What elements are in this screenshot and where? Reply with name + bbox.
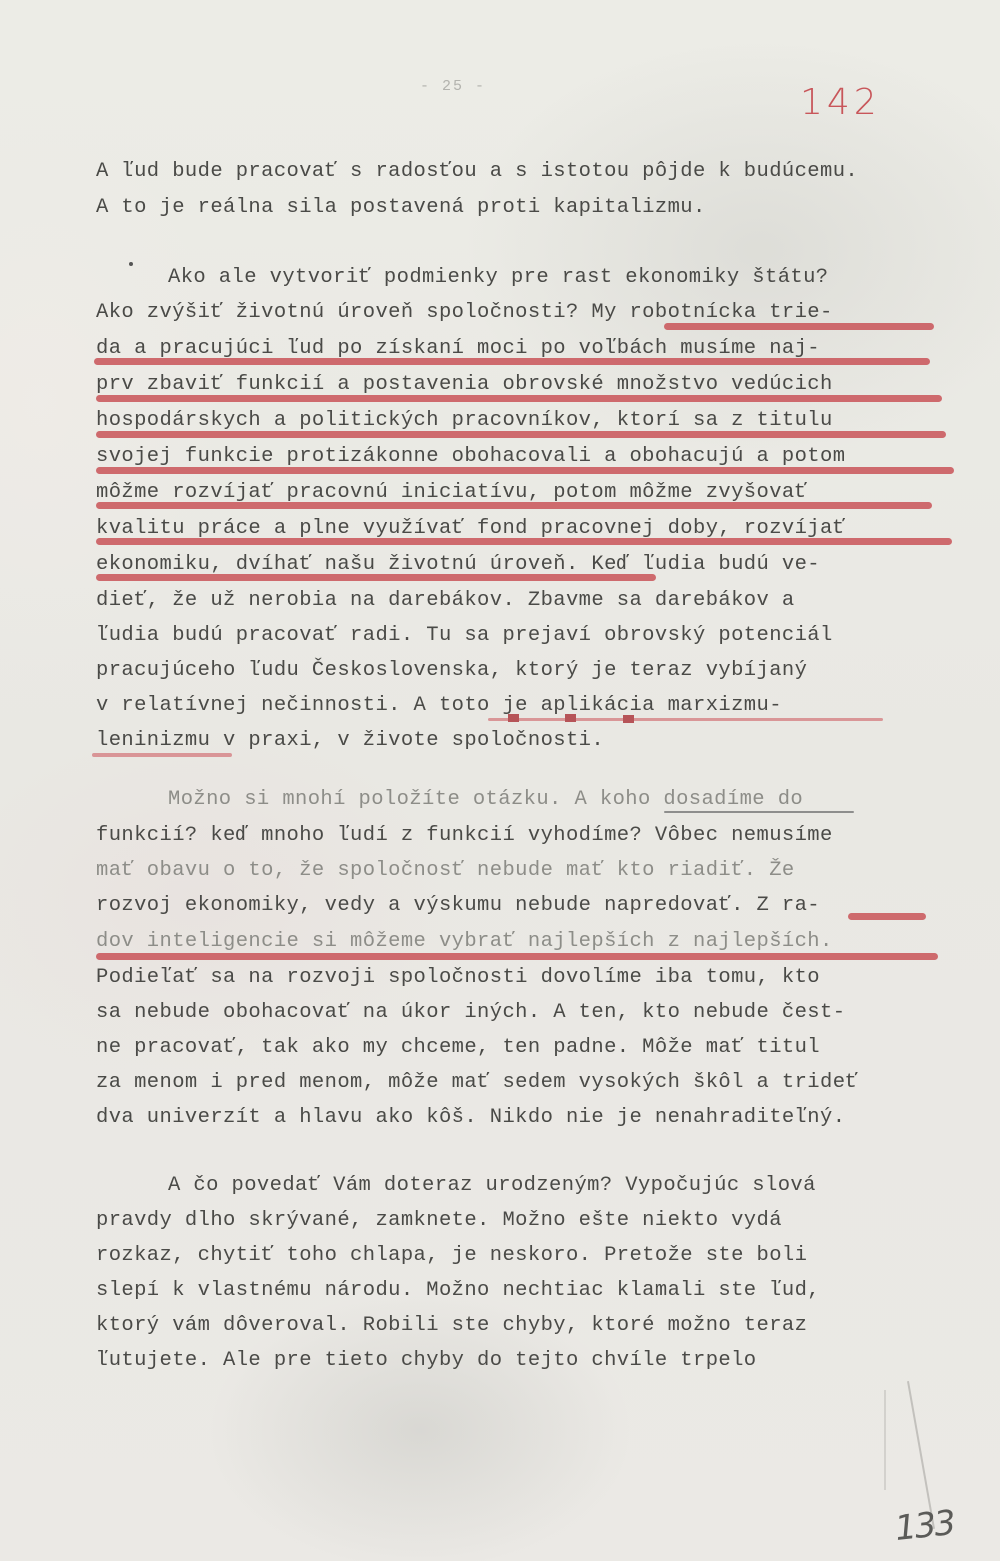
text-line: rozkaz, chytiť toho chlapa, je neskoro. …: [96, 1244, 807, 1268]
text-line: mať obavu o to, že spoločnosť nebude mať…: [96, 859, 795, 883]
text-line: A to je reálna sila postavená proti kapi…: [96, 196, 706, 220]
paper-crease: [884, 1390, 886, 1490]
text-line: ktorý vám dôveroval. Robili ste chyby, k…: [96, 1314, 807, 1338]
text-line: ne pracovať, tak ako my chceme, ten padn…: [96, 1036, 820, 1060]
text-line: ľudia budú pracovať radi. Tu sa prejaví …: [96, 624, 833, 648]
red-underline-annotation: [96, 431, 946, 438]
text-line: dov inteligencie si môžeme vybrať najlep…: [96, 930, 833, 954]
handwritten-folio-number: 133: [893, 1503, 956, 1549]
red-underline-annotation: [94, 358, 930, 365]
text-line: dieť, že už nerobia na darebákov. Zbavme…: [96, 589, 795, 613]
text-line: dva univerzít a hlavu ako kôš. Nikdo nie…: [96, 1106, 845, 1130]
page-header: - 25 -: [420, 78, 486, 95]
thin-underline-annotation: [488, 718, 883, 721]
text-line: Možno si mnohí položíte otázku. A koho d…: [168, 788, 803, 812]
red-underline-annotation: [664, 323, 934, 330]
text-line: A ľud bude pracovať s radosťou a s istot…: [96, 160, 858, 184]
text-line: za menom i pred menom, môže mať sedem vy…: [96, 1071, 858, 1095]
underline-tick-marker: [565, 714, 576, 722]
text-line: ľutujete. Ale pre tieto chyby do tejto c…: [96, 1349, 757, 1373]
text-line: v relatívnej nečinnosti. A toto je aplik…: [96, 694, 782, 718]
underline-tick-marker: [623, 715, 634, 723]
red-underline-annotation: [96, 574, 656, 581]
red-underline-annotation: [96, 538, 952, 545]
red-underline-annotation: [96, 467, 954, 474]
red-underline-annotation: [96, 953, 938, 960]
text-line: svojej funkcie protizákonne obohacovali …: [96, 445, 845, 469]
archive-stamp-number: 142: [800, 82, 881, 123]
text-line: sa nebude obohacovať na úkor iných. A te…: [96, 1001, 845, 1025]
text-line: prv zbaviť funkcií a postavenia obrovské…: [96, 373, 833, 397]
text-line: A čo povedať Vám doteraz urodzeným? Vypo…: [168, 1174, 816, 1198]
red-underline-annotation: [848, 913, 926, 920]
text-line: slepí k vlastnému národu. Možno nechtiac…: [96, 1279, 820, 1303]
text-line: Podieľať sa na rozvoji spoločnosti dovol…: [96, 966, 820, 990]
text-line: pravdy dlho skrývané, zamknete. Možno eš…: [96, 1209, 782, 1233]
text-line: pracujúceho ľudu Československa, ktorý j…: [96, 659, 807, 683]
red-underline-annotation: [96, 502, 932, 509]
text-line: Ako zvýšiť životnú úroveň spoločnosti? M…: [96, 301, 833, 325]
text-line: Ako ale vytvoriť podmienky pre rast ekon…: [168, 266, 829, 290]
stray-mark: [129, 262, 133, 266]
text-line: leninizmu v praxi, v živote spoločnosti.: [96, 729, 604, 753]
text-line: hospodárskych a politických pracovníkov,…: [96, 409, 833, 433]
pencil-underline-annotation: [664, 811, 854, 813]
underline-tick-marker: [508, 714, 519, 722]
thin-underline-annotation: [92, 753, 232, 757]
text-line: funkcií? keď mnoho ľudí z funkcií vyhodí…: [96, 824, 833, 848]
red-underline-annotation: [96, 395, 942, 402]
text-line: rozvoj ekonomiky, vedy a výskumu nebude …: [96, 894, 820, 918]
